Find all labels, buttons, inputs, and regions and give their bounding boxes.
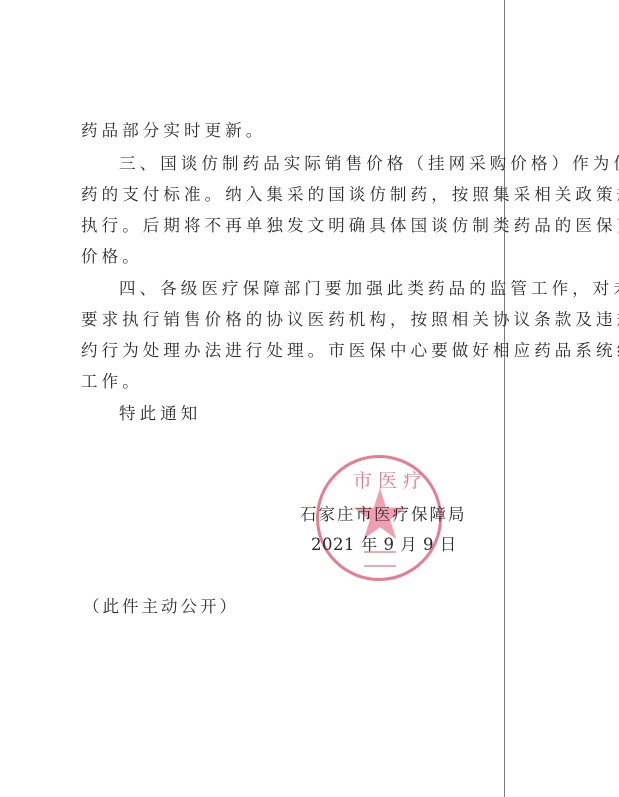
paragraph-line: 要求执行销售价格的协议医药机构，按照相关协议条款及违规违 [81, 310, 551, 330]
disclosure-note: （此件主动公开） [83, 597, 553, 617]
paragraph-line: 约行为处理办法进行处理。市医保中心要做好相应药品系统维护 [81, 341, 551, 361]
paragraph-line: 价格。 [81, 247, 551, 267]
paragraph-three-line: 三、国谈仿制药品实际销售价格（挂网采购价格）作为仿制 [119, 154, 589, 174]
seal-top-text: 市 医 疗 [353, 466, 422, 493]
paragraph-line: 执行。后期将不再单独发文明确具体国谈仿制类药品的医保支付 [81, 216, 551, 236]
issue-date: 2021 年 9 月 9 日 [311, 531, 457, 555]
issuer-name: 石家庄市医疗保障局 [300, 501, 467, 525]
document-page: 药品部分实时更新。 三、国谈仿制药品实际销售价格（挂网采购价格）作为仿制 药的支… [0, 0, 619, 797]
paragraph-line: 药的支付标准。纳入集采的国谈仿制药，按照集采相关政策规定 [81, 185, 551, 205]
paragraph-line: 工作。 [81, 372, 551, 392]
page-fold-line [504, 0, 505, 797]
paragraph-line: 药品部分实时更新。 [81, 121, 551, 141]
paragraph-four-line: 四、各级医疗保障部门要加强此类药品的监管工作，对未按 [119, 279, 589, 299]
closing-phrase: 特此通知 [119, 404, 589, 424]
